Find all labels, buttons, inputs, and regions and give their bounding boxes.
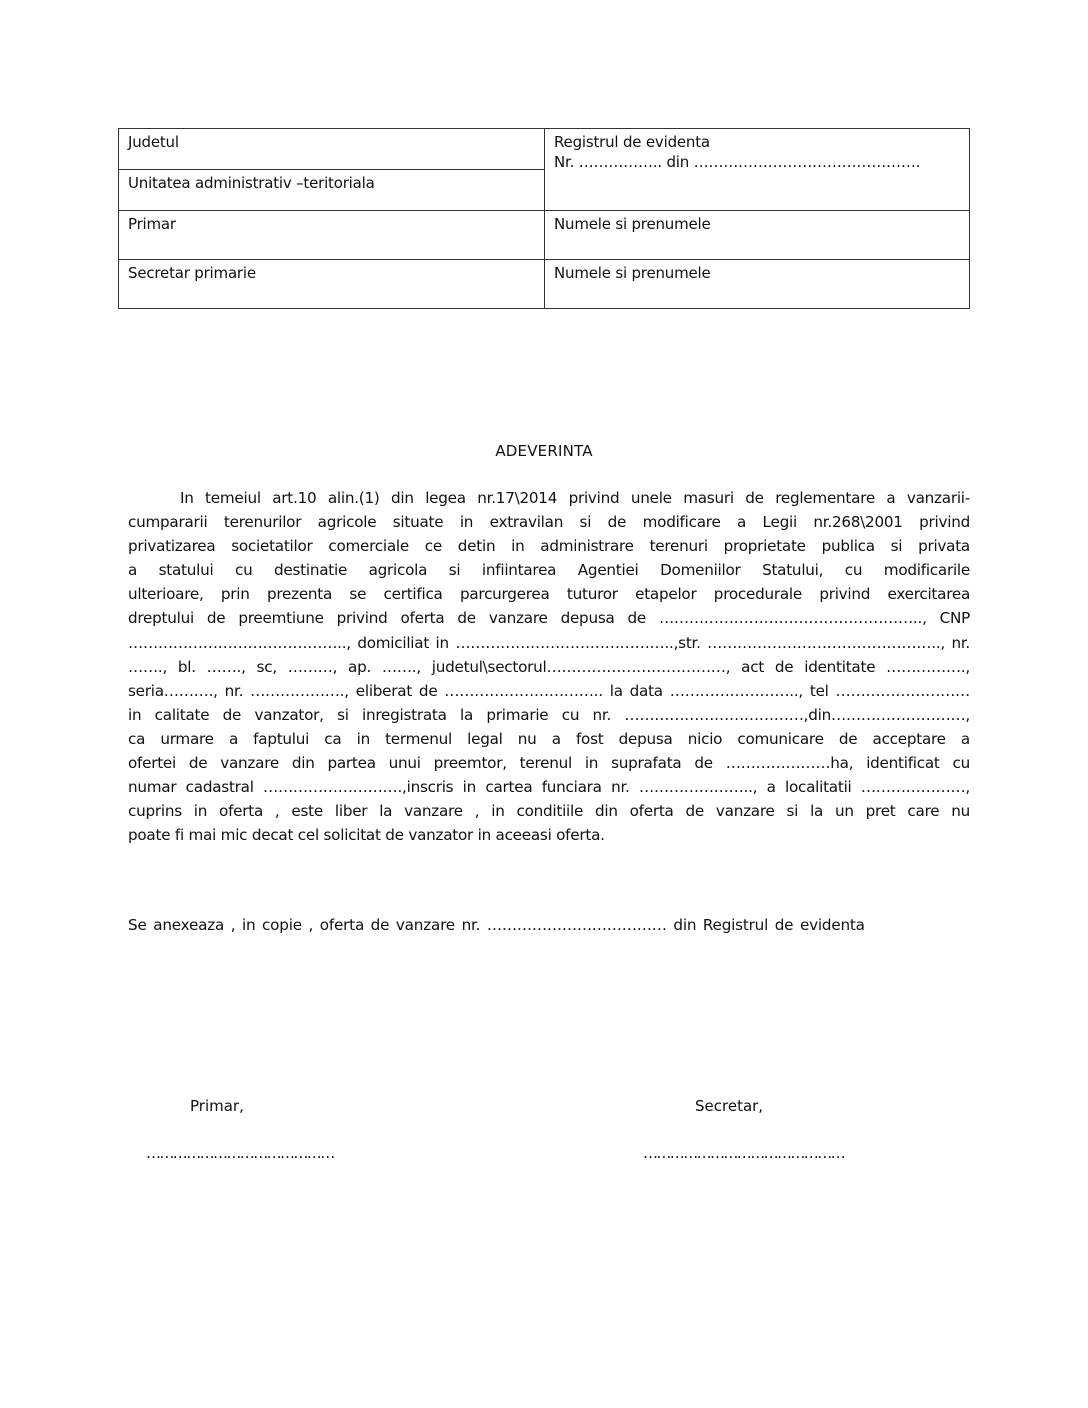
- table-row: Judetul Registrul de evidenta Nr. …………….…: [119, 129, 970, 170]
- paragraph-line: cuprins in oferta , este liber la vanzar…: [128, 799, 970, 823]
- uat-label: Unitatea administrativ –teritoriala: [128, 174, 375, 192]
- registru-cell: Registrul de evidenta Nr. …………….. din ………: [545, 129, 970, 211]
- secretar-cell: Secretar primarie: [119, 260, 545, 309]
- paragraph-line: privatizarea societatilor comerciale ce …: [128, 534, 970, 558]
- secretar-name-cell: Numele si prenumele: [545, 260, 970, 309]
- paragraph-line: ulterioare, prin prezenta se certifica p…: [128, 582, 970, 606]
- certificate-paragraph: In temeiul art.10 alin.(1) din legea nr.…: [128, 486, 970, 847]
- paragraph-line: ……., bl. ……., sc, ………, ap. ……., judetul\…: [128, 655, 970, 679]
- document-title: ADEVERINTA: [0, 442, 1088, 460]
- annex-line: Se anexeaza , in copie , oferta de vanza…: [128, 916, 865, 934]
- table-row: Primar Numele si prenumele: [119, 211, 970, 260]
- uat-cell: Unitatea administrativ –teritoriala: [119, 170, 545, 211]
- primar-cell: Primar: [119, 211, 545, 260]
- secretar-signature-label: Secretar,: [695, 1097, 763, 1115]
- paragraph-line: ofertei de vanzare din partea unui preem…: [128, 751, 970, 775]
- header-table: Judetul Registrul de evidenta Nr. …………….…: [118, 128, 970, 309]
- paragraph-line: cumpararii terenurilor agricole situate …: [128, 510, 970, 534]
- secretar-name-label: Numele si prenumele: [554, 264, 711, 282]
- judet-cell: Judetul: [119, 129, 545, 170]
- paragraph-line: numar cadastral ……………………….,inscris in ca…: [128, 775, 970, 799]
- paragraph-line: poate fi mai mic decat cel solicitat de …: [128, 823, 970, 847]
- paragraph-line: ca urmare a faptului ca in termenul lega…: [128, 727, 970, 751]
- registru-nr-field: Nr. …………….. din ……………………………………….: [554, 152, 960, 172]
- paragraph-line: a statului cu destinatie agricola si inf…: [128, 558, 970, 582]
- table-row: Secretar primarie Numele si prenumele: [119, 260, 970, 309]
- document-page: Judetul Registrul de evidenta Nr. …………….…: [0, 0, 1088, 1408]
- registru-label: Registrul de evidenta: [554, 132, 960, 152]
- secretar-signature-line: ………………………………………: [643, 1144, 844, 1162]
- primar-name-label: Numele si prenumele: [554, 215, 711, 233]
- paragraph-line: …………………………………….., domiciliat in ………………………: [128, 631, 970, 655]
- primar-name-cell: Numele si prenumele: [545, 211, 970, 260]
- primar-signature-line: ……………………………………: [146, 1144, 334, 1162]
- paragraph-line: seria………., nr. ………………., eliberat de ……………: [128, 679, 970, 703]
- primar-signature-label: Primar,: [190, 1097, 244, 1115]
- paragraph-line: In temeiul art.10 alin.(1) din legea nr.…: [128, 486, 970, 510]
- judet-label: Judetul: [128, 133, 179, 151]
- primar-label: Primar: [128, 215, 176, 233]
- paragraph-line: dreptului de preemtiune privind oferta d…: [128, 606, 970, 630]
- paragraph-line: in calitate de vanzator, si inregistrata…: [128, 703, 970, 727]
- secretar-label: Secretar primarie: [128, 264, 256, 282]
